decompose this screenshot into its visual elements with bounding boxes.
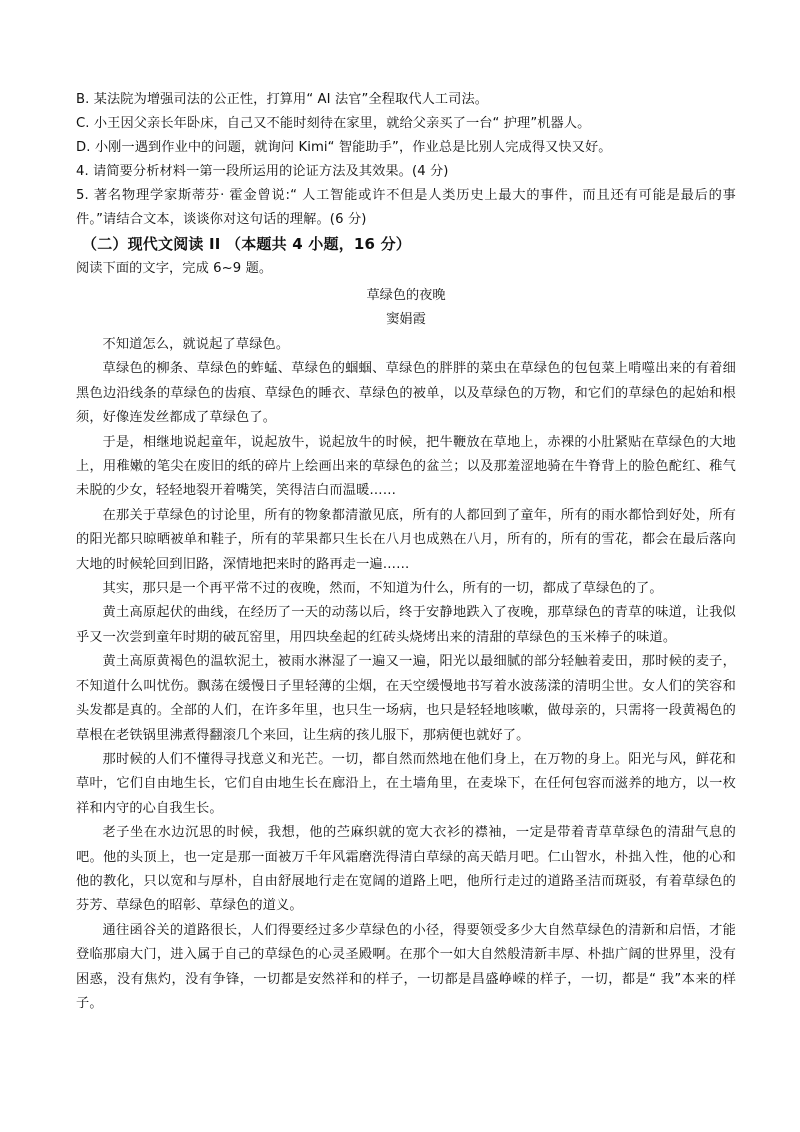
article-paragraph: 老子坐在水边沉思的时候，我想，他的苎麻织就的宽大衣衫的襟袖，一定是带着青草草绿色… xyxy=(76,821,736,919)
article-paragraph: 黄土高原黄褐色的温软泥土，被雨水淋湿了一遍又一遍，阳光以最细腻的部分轻触着麦田，… xyxy=(76,650,736,748)
article-paragraph: 那时候的人们不懂得寻找意义和光芒。一切，都自然而然地在他们身上，在万物的身上。阳… xyxy=(76,748,736,821)
exam-page: B. 某法院为增强司法的公正性，打算用“ AI 法官”全程取代人工司法。 C. … xyxy=(76,88,736,1016)
option-b: B. 某法院为增强司法的公正性，打算用“ AI 法官”全程取代人工司法。 xyxy=(76,88,736,112)
question-4: 4. 请简要分析材料一第一段所运用的论证方法及其效果。(4 分) xyxy=(76,160,736,184)
section-heading: （二）现代文阅读 II （本题共 4 小题，16 分） xyxy=(82,232,736,257)
article-paragraph: 不知道怎么，就说起了草绿色。 xyxy=(76,333,736,357)
article-paragraph: 在那关于草绿色的讨论里，所有的物象都清澈见底，所有的人都回到了童年，所有的雨水都… xyxy=(76,504,736,577)
article-paragraph: 通往函谷关的道路很长，人们得要经过多少草绿色的小径，得要领受多少大自然草绿色的清… xyxy=(76,919,736,1017)
option-d: D. 小刚一遇到作业中的问题，就询问 Kimi“ 智能助手”，作业总是比别人完成… xyxy=(76,136,736,160)
article-paragraph: 于是，相继地说起童年，说起放牛，说起放牛的时候，把牛鞭放在草地上，赤裸的小肚紧贴… xyxy=(76,431,736,504)
article-header: 草绿色的夜晚 窦娟霞 xyxy=(76,284,736,332)
article-paragraph: 其实，那只是一个再平常不过的夜晚，然而，不知道为什么，所有的一切，都成了草绿色的… xyxy=(76,577,736,601)
article-paragraph: 草绿色的柳条、草绿色的蚱蜢、草绿色的蝈蝈、草绿色的胖胖的菜虫在草绿色的包包菜上啃… xyxy=(76,357,736,430)
article-title: 草绿色的夜晚 xyxy=(76,284,736,308)
article-paragraph: 黄土高原起伏的曲线，在经历了一天的动荡以后，终于安静地跌入了夜晚，那草绿色的青草… xyxy=(76,601,736,650)
article-body: 不知道怎么，就说起了草绿色。 草绿色的柳条、草绿色的蚱蜢、草绿色的蝈蝈、草绿色的… xyxy=(76,333,736,1016)
option-c: C. 小王因父亲长年卧床，自己又不能时刻待在家里，就给父亲买了一台“ 护理”机器… xyxy=(76,112,736,136)
article-author: 窦娟霞 xyxy=(76,308,736,332)
section-instruction: 阅读下面的文字，完成 6~9 题。 xyxy=(76,257,736,281)
question-5: 5. 著名物理学家斯蒂芬· 霍金曾说:“ 人工智能或许不但是人类历史上最大的事件… xyxy=(76,184,736,232)
